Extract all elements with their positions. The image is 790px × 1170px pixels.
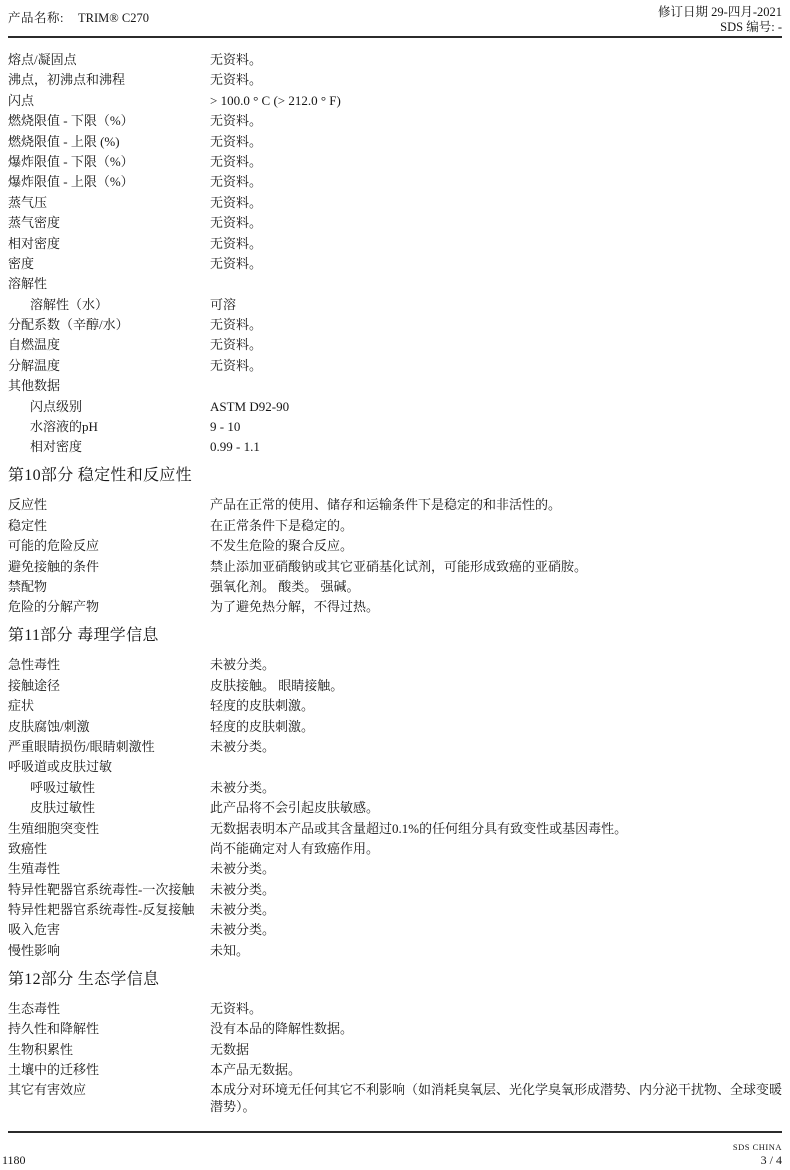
row-value: 本产品无数据。	[210, 1061, 782, 1078]
row-label: 熔点/凝固点	[8, 51, 210, 68]
row-label: 闪点	[8, 92, 210, 109]
page-header: 产品名称:TRIM® C270 修订日期 29-四月-2021 SDS 编号: …	[8, 5, 782, 34]
row-label: 密度	[8, 255, 210, 272]
row-value: > 100.0 ° C (> 212.0 ° F)	[210, 92, 782, 109]
row-label: 急性毒性	[8, 656, 210, 673]
product-name-value: TRIM® C270	[78, 11, 149, 25]
data-row: 分解温度无资料。	[8, 357, 782, 374]
data-row: 闪点级别ASTM D92-90	[8, 398, 782, 415]
data-row: 危险的分解产物为了避免热分解，不得过热。	[8, 598, 782, 615]
row-label: 沸点，初沸点和沸程	[8, 71, 210, 88]
data-row: 蒸气压无资料。	[8, 194, 782, 211]
row-label: 避免接触的条件	[8, 558, 210, 575]
row-value: 未被分类。	[210, 921, 782, 938]
document-number: 1180	[2, 1141, 26, 1168]
page-number: 3 / 4	[733, 1153, 782, 1168]
row-value: 强氧化剂。 酸类。 强碱。	[210, 578, 782, 595]
row-value: 0.99 - 1.1	[210, 438, 782, 455]
row-label: 皮肤腐蚀/刺激	[8, 718, 210, 735]
data-row: 水溶液的pH9 - 10	[8, 418, 782, 435]
row-label: 燃烧限值 - 下限（%）	[8, 112, 210, 129]
row-label: 爆炸限值 - 下限（%）	[8, 153, 210, 170]
section-title: 第10部分 稳定性和反应性	[8, 462, 782, 485]
row-value: 在正常条件下是稳定的。	[210, 517, 782, 534]
data-row: 持久性和降解性没有本品的降解性数据。	[8, 1020, 782, 1037]
row-label: 蒸气压	[8, 194, 210, 211]
row-label: 禁配物	[8, 578, 210, 595]
row-label: 分配系数（辛醇/水）	[8, 316, 210, 333]
row-label: 可能的危险反应	[8, 537, 210, 554]
sds-number: SDS 编号: -	[658, 20, 782, 35]
row-label: 相对密度	[8, 235, 210, 252]
page-footer: 1180 SDS CHINA 3 / 4	[8, 1129, 782, 1168]
row-label: 生物积累性	[8, 1041, 210, 1058]
row-label: 危险的分解产物	[8, 598, 210, 615]
row-value: 无资料。	[210, 357, 782, 374]
data-row: 皮肤过敏性此产品将不会引起皮肤敏感。	[8, 799, 782, 816]
row-value: 未被分类。	[210, 656, 782, 673]
row-value: 无数据表明本产品或其含量超过0.1%的任何组分具有致变性或基因毒性。	[210, 820, 782, 837]
data-row: 其它有害效应本成分对环境无任何其它不利影响（如消耗臭氧层、光化学臭氧形成潜势、内…	[8, 1081, 782, 1115]
row-value: 本成分对环境无任何其它不利影响（如消耗臭氧层、光化学臭氧形成潜势、内分泌干扰物、…	[210, 1081, 782, 1115]
data-row: 燃烧限值 - 上限 (%)无资料。	[8, 133, 782, 150]
data-row: 蒸气密度无资料。	[8, 214, 782, 231]
data-row: 闪点> 100.0 ° C (> 212.0 ° F)	[8, 92, 782, 109]
row-label: 土壤中的迁移性	[8, 1061, 210, 1078]
row-label: 水溶液的pH	[8, 418, 210, 435]
row-value: 无资料。	[210, 153, 782, 170]
row-label: 严重眼睛损伤/眼睛刺激性	[8, 738, 210, 755]
data-row: 禁配物强氧化剂。 酸类。 强碱。	[8, 578, 782, 595]
footer-row: 1180 SDS CHINA 3 / 4	[8, 1141, 782, 1168]
data-row: 致癌性尚不能确定对人有致癌作用。	[8, 840, 782, 857]
row-value: 无资料。	[210, 133, 782, 150]
row-label: 呼吸过敏性	[8, 779, 210, 796]
data-row: 生物积累性无数据	[8, 1041, 782, 1058]
row-label: 蒸气密度	[8, 214, 210, 231]
data-row: 熔点/凝固点无资料。	[8, 51, 782, 68]
data-row: 接触途径皮肤接触。 眼睛接触。	[8, 677, 782, 694]
data-row: 特异性靶器官系统毒性-一次接触未被分类。	[8, 881, 782, 898]
row-value: 轻度的皮肤刺激。	[210, 718, 782, 735]
row-value: ASTM D92-90	[210, 398, 782, 415]
row-label: 特异性耙器官系统毒性-反复接触	[8, 901, 210, 918]
row-label: 生态毒性	[8, 1000, 210, 1017]
row-label: 分解温度	[8, 357, 210, 374]
row-label: 慢性影响	[8, 942, 210, 959]
header-divider	[8, 36, 782, 38]
row-value: 无资料。	[210, 194, 782, 211]
footer-region-label: SDS CHINA	[733, 1142, 782, 1152]
data-row: 其他数据	[8, 377, 782, 394]
row-label: 爆炸限值 - 上限（%）	[8, 173, 210, 190]
revision-date: 修订日期 29-四月-2021	[658, 5, 782, 20]
data-row: 避免接触的条件禁止添加亚硝酸钠或其它亚硝基化试剂，可能形成致癌的亚硝胺。	[8, 558, 782, 575]
section-title: 第11部分 毒理学信息	[8, 622, 782, 645]
row-label: 生殖毒性	[8, 860, 210, 877]
data-row: 爆炸限值 - 上限（%）无资料。	[8, 173, 782, 190]
row-value: 无资料。	[210, 51, 782, 68]
row-label: 特异性靶器官系统毒性-一次接触	[8, 881, 210, 898]
data-row: 严重眼睛损伤/眼睛刺激性未被分类。	[8, 738, 782, 755]
row-value: 未被分类。	[210, 779, 782, 796]
data-row: 皮肤腐蚀/刺激轻度的皮肤刺激。	[8, 718, 782, 735]
product-title: 产品名称:TRIM® C270	[8, 5, 149, 26]
row-value: 禁止添加亚硝酸钠或其它亚硝基化试剂，可能形成致癌的亚硝胺。	[210, 558, 782, 575]
row-value: 9 - 10	[210, 418, 782, 435]
footer-divider	[8, 1131, 782, 1133]
row-label: 相对密度	[8, 438, 210, 455]
row-value	[210, 377, 782, 394]
row-label: 溶解性（水）	[8, 296, 210, 313]
row-value: 未被分类。	[210, 881, 782, 898]
data-row: 特异性耙器官系统毒性-反复接触未被分类。	[8, 901, 782, 918]
row-value: 不发生危险的聚合反应。	[210, 537, 782, 554]
row-label: 吸入危害	[8, 921, 210, 938]
row-label: 闪点级别	[8, 398, 210, 415]
row-label: 致癌性	[8, 840, 210, 857]
row-label: 持久性和降解性	[8, 1020, 210, 1037]
row-label: 燃烧限值 - 上限 (%)	[8, 133, 210, 150]
row-label: 溶解性	[8, 275, 210, 292]
data-row: 土壤中的迁移性本产品无数据。	[8, 1061, 782, 1078]
data-row: 分配系数（辛醇/水）无资料。	[8, 316, 782, 333]
data-row: 稳定性在正常条件下是稳定的。	[8, 517, 782, 534]
row-value	[210, 275, 782, 292]
row-value: 没有本品的降解性数据。	[210, 1020, 782, 1037]
row-value: 无资料。	[210, 1000, 782, 1017]
row-value: 产品在正常的使用、储存和运输条件下是稳定的和非活性的。	[210, 496, 782, 513]
data-row: 爆炸限值 - 下限（%）无资料。	[8, 153, 782, 170]
row-value: 尚不能确定对人有致癌作用。	[210, 840, 782, 857]
data-row: 急性毒性未被分类。	[8, 656, 782, 673]
data-row: 燃烧限值 - 下限（%）无资料。	[8, 112, 782, 129]
row-value: 未被分类。	[210, 738, 782, 755]
row-label: 自燃温度	[8, 336, 210, 353]
row-label: 症状	[8, 697, 210, 714]
row-value: 未被分类。	[210, 860, 782, 877]
data-row: 相对密度0.99 - 1.1	[8, 438, 782, 455]
product-name-label: 产品名称:	[8, 11, 64, 25]
section-title: 第12部分 生态学信息	[8, 966, 782, 989]
data-row: 症状轻度的皮肤刺激。	[8, 697, 782, 714]
row-value: 无资料。	[210, 71, 782, 88]
data-row: 反应性产品在正常的使用、储存和运输条件下是稳定的和非活性的。	[8, 496, 782, 513]
row-label: 接触途径	[8, 677, 210, 694]
footer-right: SDS CHINA 3 / 4	[733, 1142, 782, 1168]
data-row: 生殖细胞突变性无数据表明本产品或其含量超过0.1%的任何组分具有致变性或基因毒性…	[8, 820, 782, 837]
data-row: 密度无资料。	[8, 255, 782, 272]
data-row: 相对密度无资料。	[8, 235, 782, 252]
row-value: 此产品将不会引起皮肤敏感。	[210, 799, 782, 816]
row-value: 可溶	[210, 296, 782, 313]
data-row: 溶解性	[8, 275, 782, 292]
data-row: 自燃温度无资料。	[8, 336, 782, 353]
row-value	[210, 758, 782, 775]
row-value: 未知。	[210, 942, 782, 959]
row-label: 呼吸道或皮肤过敏	[8, 758, 210, 775]
data-row: 呼吸道或皮肤过敏	[8, 758, 782, 775]
row-value: 无资料。	[210, 173, 782, 190]
data-row: 吸入危害未被分类。	[8, 921, 782, 938]
row-value: 为了避免热分解，不得过热。	[210, 598, 782, 615]
row-label: 生殖细胞突变性	[8, 820, 210, 837]
row-value: 无资料。	[210, 336, 782, 353]
data-row: 沸点，初沸点和沸程无资料。	[8, 71, 782, 88]
data-row: 呼吸过敏性未被分类。	[8, 779, 782, 796]
data-row: 慢性影响未知。	[8, 942, 782, 959]
data-row: 溶解性（水）可溶	[8, 296, 782, 313]
row-value: 无资料。	[210, 235, 782, 252]
header-meta: 修订日期 29-四月-2021 SDS 编号: -	[658, 5, 782, 34]
document-body: 熔点/凝固点无资料。沸点，初沸点和沸程无资料。闪点> 100.0 ° C (> …	[8, 51, 782, 1115]
row-value: 无资料。	[210, 316, 782, 333]
data-row: 生殖毒性未被分类。	[8, 860, 782, 877]
data-row: 可能的危险反应不发生危险的聚合反应。	[8, 537, 782, 554]
sds-page: 产品名称:TRIM® C270 修订日期 29-四月-2021 SDS 编号: …	[0, 0, 790, 1170]
data-row: 生态毒性无资料。	[8, 1000, 782, 1017]
row-value: 无数据	[210, 1041, 782, 1058]
row-label: 其他数据	[8, 377, 210, 394]
row-value: 无资料。	[210, 112, 782, 129]
row-label: 稳定性	[8, 517, 210, 534]
row-label: 反应性	[8, 496, 210, 513]
row-value: 无资料。	[210, 214, 782, 231]
row-value: 皮肤接触。 眼睛接触。	[210, 677, 782, 694]
row-label: 其它有害效应	[8, 1081, 210, 1115]
row-value: 未被分类。	[210, 901, 782, 918]
row-value: 无资料。	[210, 255, 782, 272]
row-label: 皮肤过敏性	[8, 799, 210, 816]
row-value: 轻度的皮肤刺激。	[210, 697, 782, 714]
